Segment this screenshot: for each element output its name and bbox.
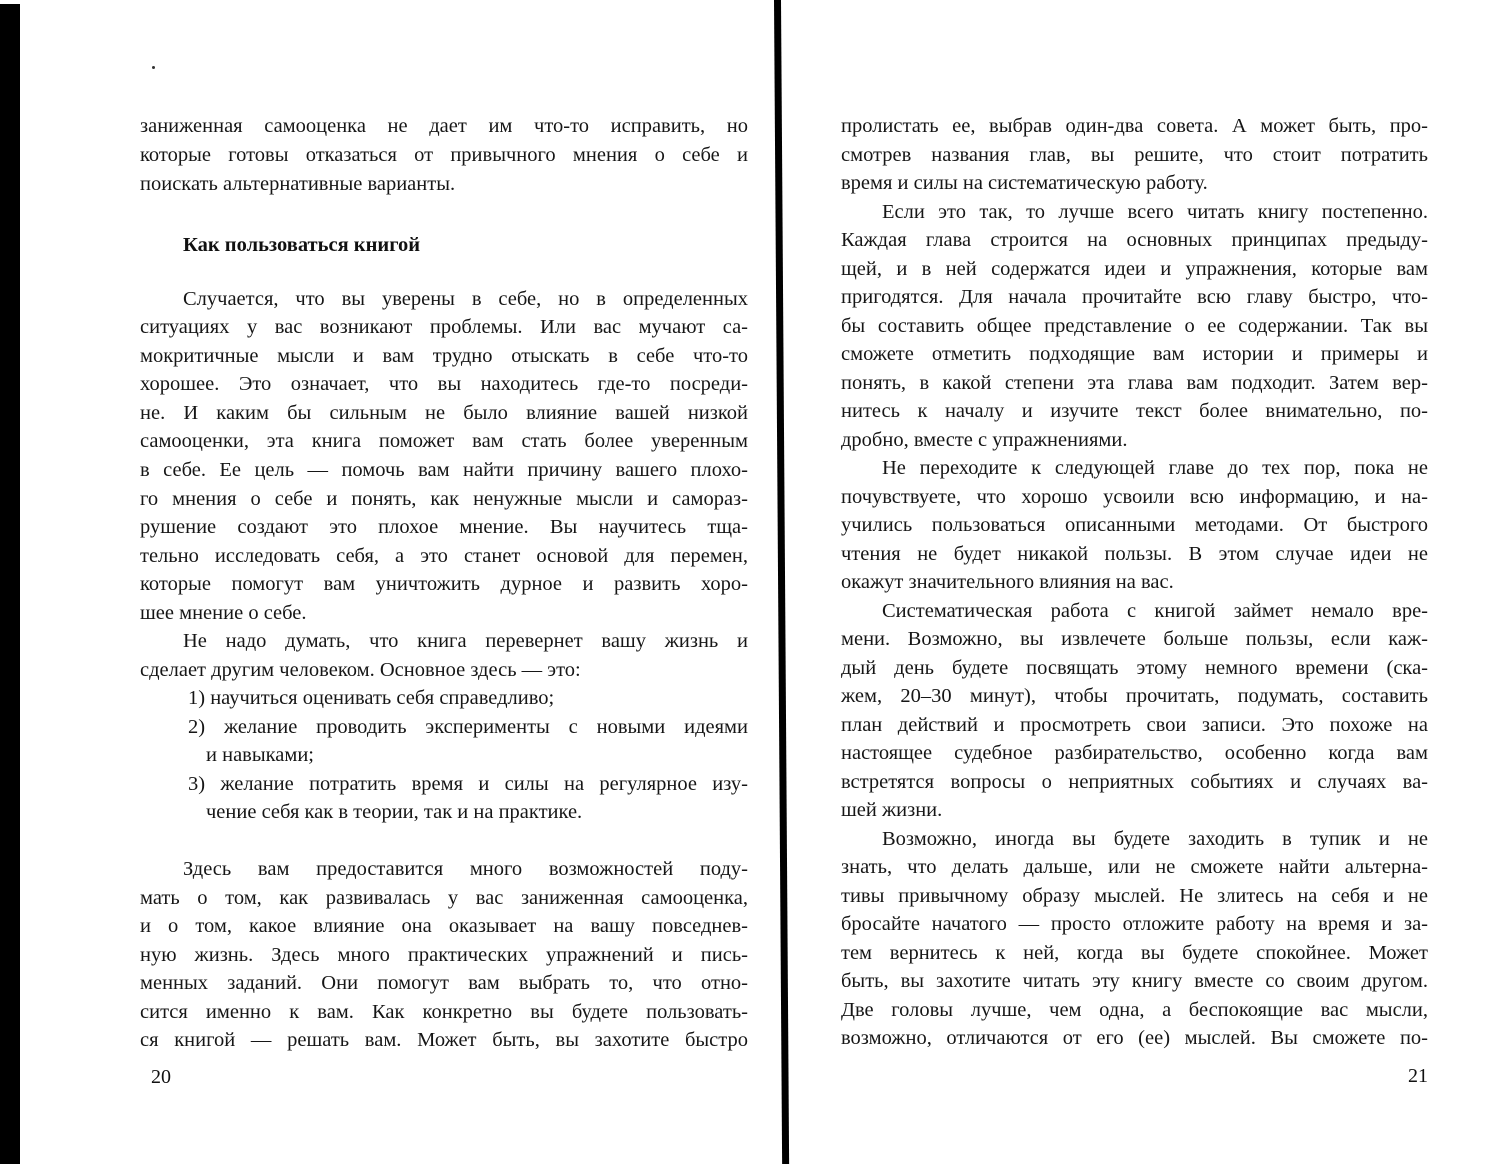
text-line: смотрев названия глав, вы решите, что ст… [841,145,1428,166]
text-line: не. И каким бы сильным не было влияние в… [140,403,748,424]
right-page: пролистать ее, выбрав один-два совета. А… [781,0,1506,1164]
list-item: 1) научиться оценивать себя справедливо; [188,688,748,709]
text-line: учились пользоваться описанными методами… [841,515,1428,536]
text-line: ситуациях у вас возникают проблемы. Или … [140,317,748,338]
text-line: бросайте начатого — просто отложите рабо… [841,914,1428,935]
text-line: дый день будете посвящать этому немного … [841,658,1428,679]
text-line: менных заданий. Они помогут вам выбрать … [140,973,748,994]
list-item: 3) желание потратить время и силы на рег… [188,774,748,795]
text-line: знать, что делать дальше, или не сможете… [841,857,1428,878]
text-line: Если это так, то лучше всего читать книг… [882,202,1428,223]
text-line: быть, вы захотите читать эту книгу вмест… [841,971,1428,992]
list-item: 2) желание проводить эксперименты с новы… [188,717,748,738]
text-line: го мнения о себе и понять, как ненужные … [140,489,748,510]
text-line: рушение создают это плохое мнение. Вы на… [140,517,748,538]
text-line: возможно, отличаются от его (ее) мыслей.… [841,1028,1428,1049]
text-line: которые помогут вам уничтожить дурное и … [140,574,748,595]
text-line: бы составить общее представление о ее со… [841,316,1428,337]
text-line: и о том, какое влияние она оказывает на … [140,916,748,937]
section-heading: Как пользоваться книгой [183,235,420,256]
text-line: шей жизни. [841,800,1428,821]
text-line: которые готовы отказаться от привычного … [140,145,748,166]
text-line: время и силы на систематическую работу. [841,173,1428,194]
text-line: хорошее. Это означает, что вы находитесь… [140,374,748,395]
text-line: тельно исследовать себя, а это станет ос… [140,546,748,567]
text-line: в себе. Ее цель — помочь вам найти причи… [140,460,748,481]
text-line: нитесь к началу и изучите текст более вн… [841,401,1428,422]
text-line: мать о том, как развивалась у вас заниже… [140,888,748,909]
text-line: Возможно, иногда вы будете заходить в ту… [882,829,1428,850]
page-number: 21 [1408,1066,1428,1086]
text-line: поискать альтернативные варианты. [140,174,748,195]
text-line: настоящее судебное разбирательство, особ… [841,743,1428,764]
text-line: щей, и в ней содержатся идеи и упражнени… [841,259,1428,280]
page-number: 20 [151,1067,171,1087]
text-line: мокритичные мысли и вам трудно отыскать … [140,346,748,367]
left-page: заниженная самооценка не дает им что-то … [20,0,774,1164]
text-line: Каждая глава строится на основных принци… [841,230,1428,251]
text-line: ся книгой — решать вам. Может быть, вы з… [140,1030,748,1051]
text-line: заниженная самооценка не дает им что-то … [140,116,748,137]
text-line: встретятся вопросы о неприятных событиях… [841,772,1428,793]
scan-edge-shadow [0,0,20,1164]
text-line: сможете отметить подходящие вам истории … [841,344,1428,365]
text-line: шее мнение о себе. [140,603,748,624]
scan-speck [152,66,155,69]
list-item-continuation: чение себя как в теории, так и на практи… [206,802,748,823]
list-item-continuation: и навыками; [206,745,748,766]
scan-edge-highlight [0,0,22,4]
text-line: Систематическая работа с книгой займет н… [882,601,1428,622]
text-line: Две головы лучше, чем одна, а беспокоящи… [841,1000,1428,1021]
text-line: Не переходите к следующей главе до тех п… [882,458,1428,479]
text-line: тем вернитесь к ней, когда вы будете спо… [841,943,1428,964]
text-line: тивы привычному образу мыслей. Не злитес… [841,886,1428,907]
text-line: самооценки, эта книга поможет вам стать … [140,431,748,452]
text-line: Случается, что вы уверены в себе, но в о… [183,289,748,310]
text-line: сделает другим человеком. Основное здесь… [140,660,748,681]
text-line: план действий и просмотреть свои записи.… [841,715,1428,736]
text-line: жем, 20–30 минут), чтобы прочитать, поду… [841,686,1428,707]
text-line: ную жизнь. Здесь много практических упра… [140,945,748,966]
text-line: дробно, вместе с упражнениями. [841,430,1428,451]
text-line: мени. Возможно, вы извлечете больше поль… [841,629,1428,650]
text-line: понять, в какой степени эта глава вам по… [841,373,1428,394]
text-line: чтения не будет никакой пользы. В этом с… [841,544,1428,565]
text-line: пролистать ее, выбрав один-два совета. А… [841,116,1428,137]
text-line: сится именно к вам. Как конкретно вы буд… [140,1002,748,1023]
text-line: почувствуете, что хорошо усвоили всю инф… [841,487,1428,508]
text-line: пригодятся. Для начала прочитайте всю гл… [841,287,1428,308]
text-line: окажут значительного влияния на вас. [841,572,1428,593]
text-line: Здесь вам предоставится много возможност… [183,859,748,880]
text-line: Не надо думать, что книга перевернет ваш… [183,631,748,652]
